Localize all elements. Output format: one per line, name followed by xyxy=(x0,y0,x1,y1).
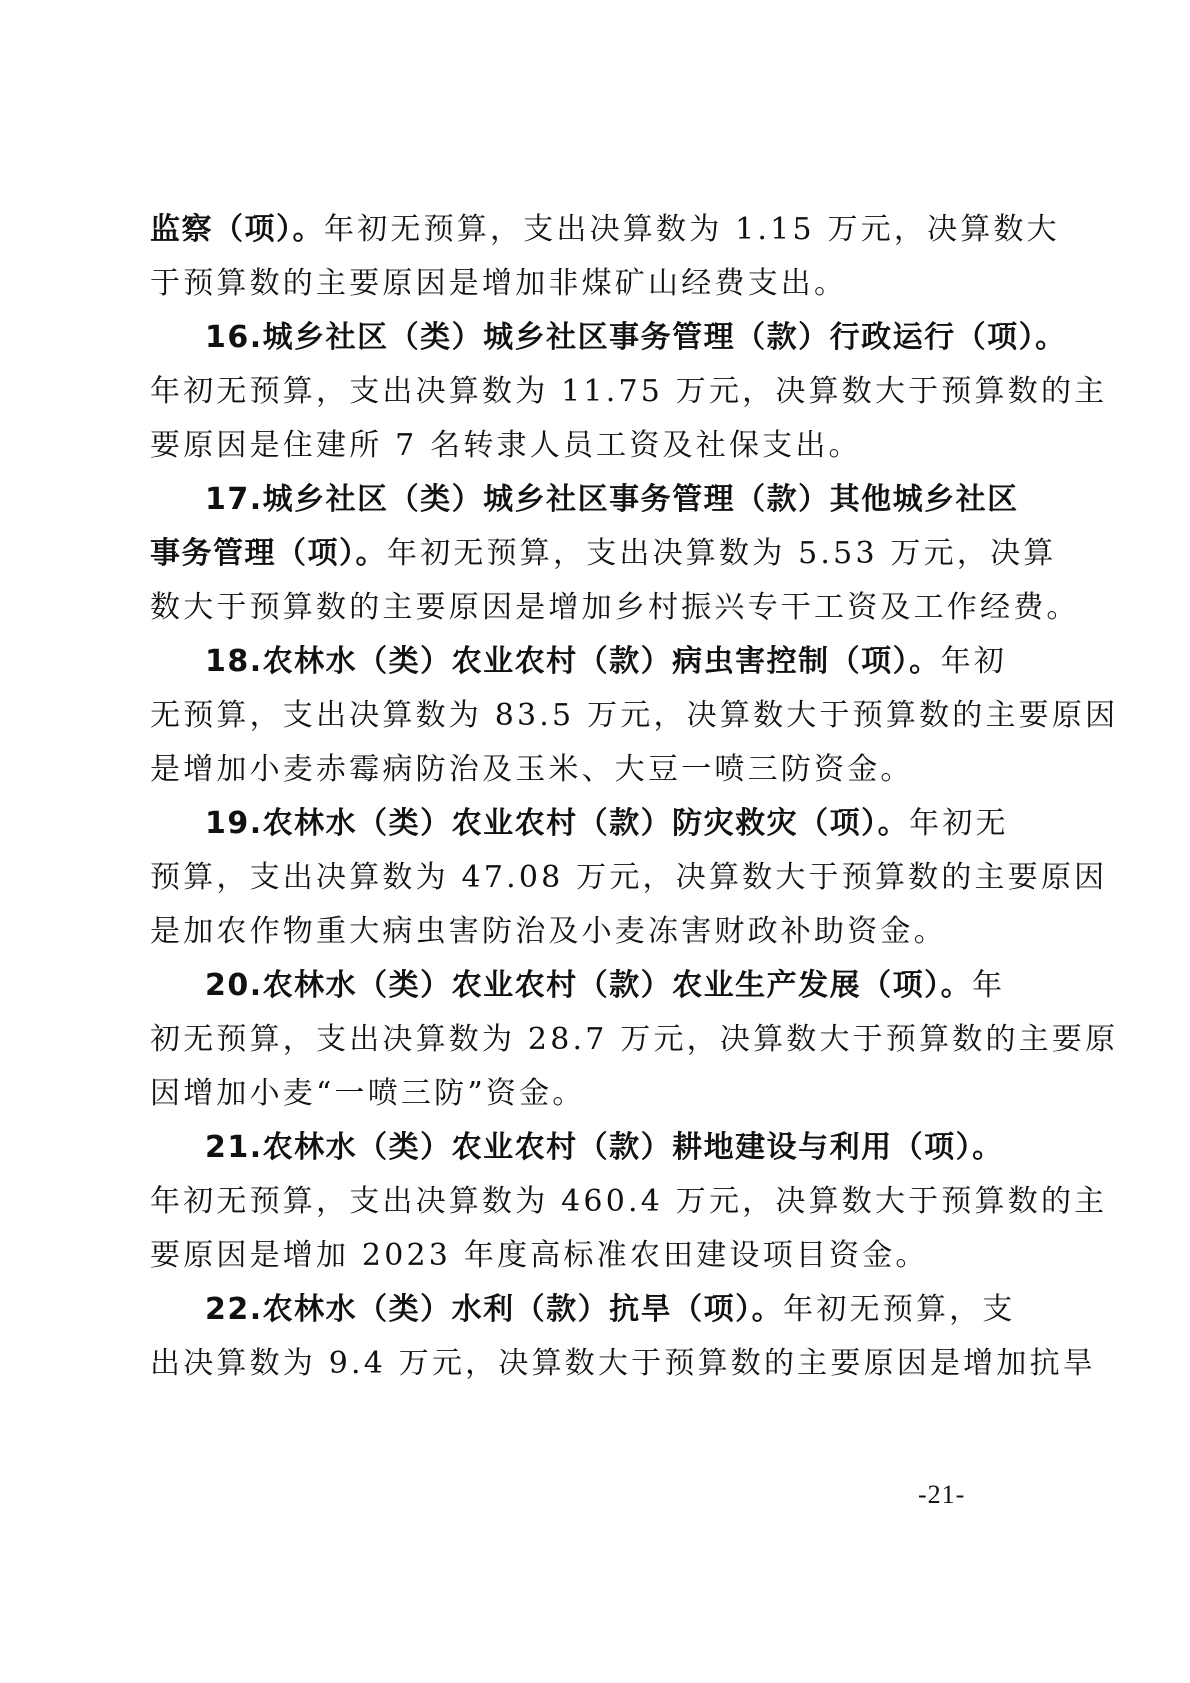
text-line: 要原因是住建所 7 名转隶人员工资及社保支出。 xyxy=(150,419,970,473)
item-body: 要原因是住建所 7 名转隶人员工资及社保支出。 xyxy=(150,428,862,463)
item-body: 要原因是增加 2023 年度高标准农田建设项目资金。 xyxy=(150,1238,929,1273)
item-body: 因增加小麦“一喷三防”资金。 xyxy=(150,1076,585,1111)
item-body: 初无预算，支出决算数为 28.7 万元，决算数大于预算数的主要原 xyxy=(150,1022,1118,1057)
item-heading: 22.农林水（类）水利（款）抗旱（项）。 xyxy=(205,1292,783,1327)
item-body: 无预算，支出决算数为 83.5 万元，决算数大于预算数的主要原因 xyxy=(150,698,1118,733)
text-line: 预算，支出决算数为 47.08 万元，决算数大于预算数的主要原因 xyxy=(150,851,970,905)
item-body: 出决算数为 9.4 万元，决算数大于预算数的主要原因是增加抗旱 xyxy=(150,1346,1096,1381)
item-body: 年初无预算，支出决算数为 460.4 万元，决算数大于预算数的主 xyxy=(150,1184,1107,1219)
text-line: 是加农作物重大病虫害防治及小麦冻害财政补助资金。 xyxy=(150,905,970,959)
text-line: 无预算，支出决算数为 83.5 万元，决算数大于预算数的主要原因 xyxy=(150,689,970,743)
item-body: 年初无预算，支出决算数为 5.53 万元，决算 xyxy=(387,536,1056,571)
item-body: 是增加小麦赤霉病防治及玉米、大豆一喷三防资金。 xyxy=(150,752,914,787)
item-body: 年初无 xyxy=(909,806,1009,841)
item-heading: 16.城乡社区（类）城乡社区事务管理（款）行政运行（项）。 xyxy=(205,320,1067,355)
item-19-heading-line: 19.农林水（类）农业农村（款）防灾救灾（项）。年初无 xyxy=(205,797,970,851)
item-heading: 18.农林水（类）农业农村（款）病虫害控制（项）。 xyxy=(205,644,941,679)
item-heading: 事务管理（项）。 xyxy=(150,536,387,571)
text-line: 年初无预算，支出决算数为 460.4 万元，决算数大于预算数的主 xyxy=(150,1175,970,1229)
page-number: -21- xyxy=(918,1480,965,1510)
item-heading: 19.农林水（类）农业农村（款）防灾救灾（项）。 xyxy=(205,806,909,841)
text-line: 是增加小麦赤霉病防治及玉米、大豆一喷三防资金。 xyxy=(150,743,970,797)
text-line: 年初无预算，支出决算数为 11.75 万元，决算数大于预算数的主 xyxy=(150,365,970,419)
text-line: 因增加小麦“一喷三防”资金。 xyxy=(150,1067,970,1121)
item-18-heading-line: 18.农林水（类）农业农村（款）病虫害控制（项）。年初 xyxy=(205,635,970,689)
text-line: 监察（项）。年初无预算，支出决算数为 1.15 万元，决算数大 xyxy=(150,203,970,257)
item-body: 年初无预算，支 xyxy=(783,1292,1015,1327)
item-16-heading-line: 16.城乡社区（类）城乡社区事务管理（款）行政运行（项）。 xyxy=(205,311,970,365)
item-body: 数大于预算数的主要原因是增加乡村振兴专干工资及工作经费。 xyxy=(150,590,1080,625)
item-body: 年初无预算，支出决算数为 11.75 万元，决算数大于预算数的主 xyxy=(150,374,1107,409)
text-line: 出决算数为 9.4 万元，决算数大于预算数的主要原因是增加抗旱 xyxy=(150,1337,970,1391)
item-heading: 21.农林水（类）农业农村（款）耕地建设与利用（项）。 xyxy=(205,1130,1004,1165)
item-21-heading-line: 21.农林水（类）农业农村（款）耕地建设与利用（项）。 xyxy=(205,1121,970,1175)
item-body: 是加农作物重大病虫害防治及小麦冻害财政补助资金。 xyxy=(150,914,947,949)
item-body: 年初 xyxy=(941,644,1007,679)
item-heading: 监察（项）。 xyxy=(150,212,324,247)
item-body: 预算，支出决算数为 47.08 万元，决算数大于预算数的主要原因 xyxy=(150,860,1107,895)
item-17-heading-line: 17.城乡社区（类）城乡社区事务管理（款）其他城乡社区 xyxy=(205,473,970,527)
item-22-heading-line: 22.农林水（类）水利（款）抗旱（项）。年初无预算，支 xyxy=(205,1283,970,1337)
text-line: 事务管理（项）。年初无预算，支出决算数为 5.53 万元，决算 xyxy=(150,527,970,581)
item-body: 于预算数的主要原因是增加非煤矿山经费支出。 xyxy=(150,266,847,301)
item-body: 年 xyxy=(972,968,1005,1003)
text-line: 要原因是增加 2023 年度高标准农田建设项目资金。 xyxy=(150,1229,970,1283)
item-heading: 20.农林水（类）农业农村（款）农业生产发展（项）。 xyxy=(205,968,972,1003)
text-line: 初无预算，支出决算数为 28.7 万元，决算数大于预算数的主要原 xyxy=(150,1013,970,1067)
item-20-heading-line: 20.农林水（类）农业农村（款）农业生产发展（项）。年 xyxy=(205,959,970,1013)
document-page: 监察（项）。年初无预算，支出决算数为 1.15 万元，决算数大 于预算数的主要原… xyxy=(0,0,1190,1683)
text-line: 于预算数的主要原因是增加非煤矿山经费支出。 xyxy=(150,257,970,311)
item-body: 年初无预算，支出决算数为 1.15 万元，决算数大 xyxy=(324,212,1060,247)
text-line: 数大于预算数的主要原因是增加乡村振兴专干工资及工作经费。 xyxy=(150,581,970,635)
item-heading: 17.城乡社区（类）城乡社区事务管理（款）其他城乡社区 xyxy=(205,482,1019,517)
